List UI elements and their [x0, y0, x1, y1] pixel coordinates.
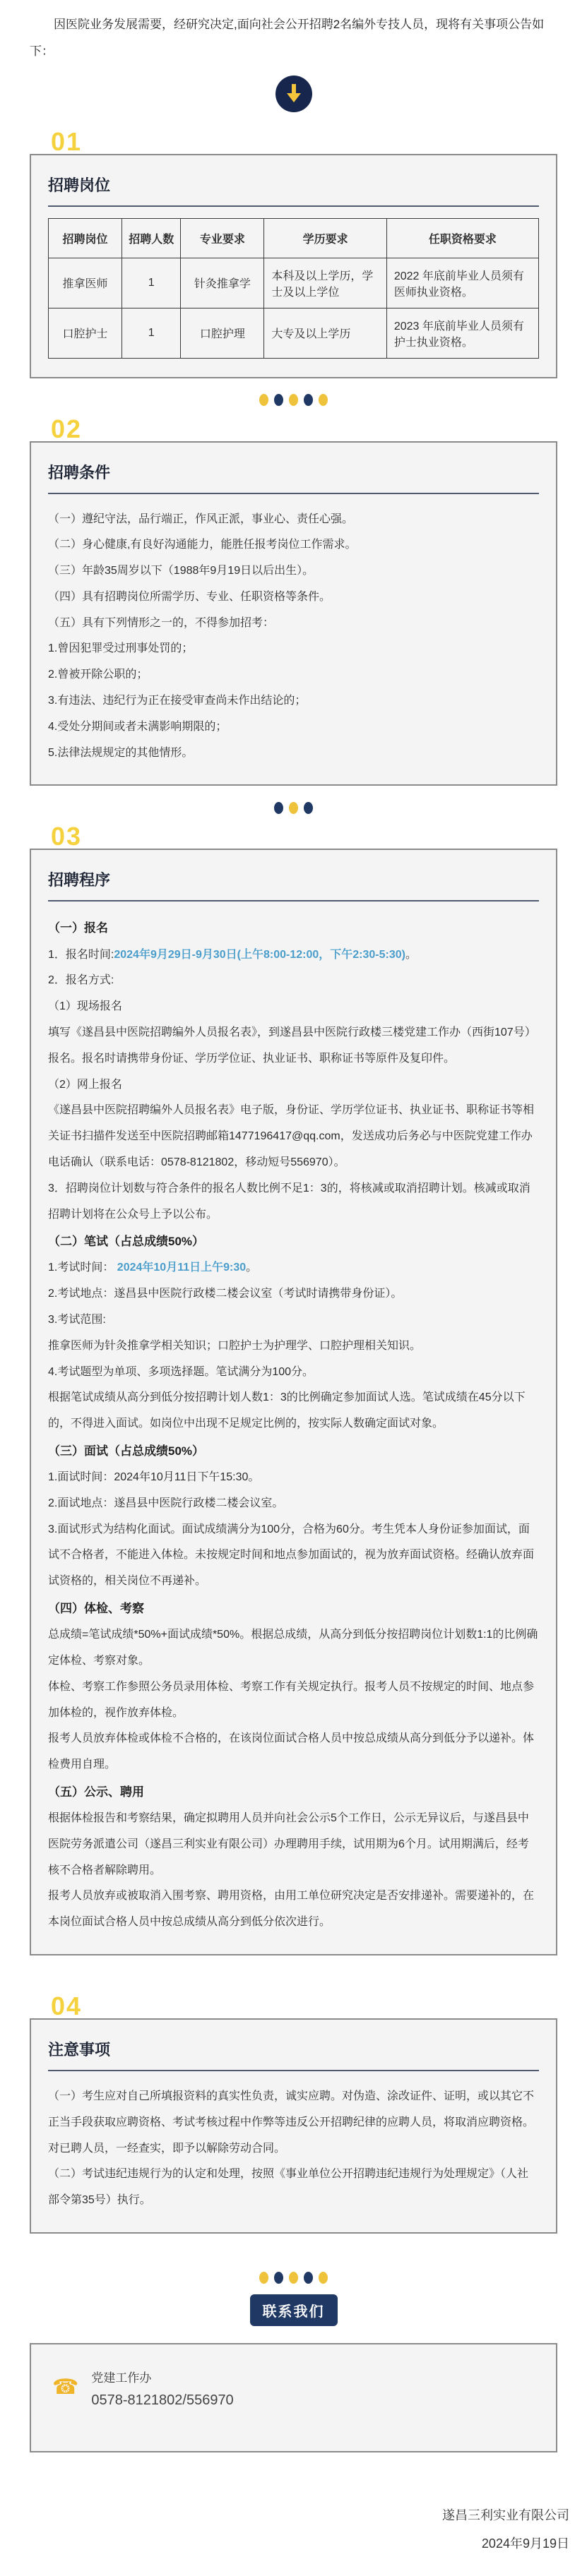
dot — [304, 2272, 313, 2284]
section-gap — [0, 1955, 587, 1994]
procedure-item: 3.面试形式为结构化面试。面试成绩满分为100分，合格为60分。考生凭本人身份证… — [48, 1517, 539, 1595]
cell-major-requirement: 针灸推拿学 — [181, 258, 264, 308]
procedure-item: 1．报名时间:2024年9月29日-9月30日(上午8:00-12:00，下午2… — [48, 942, 539, 969]
dot — [289, 2272, 298, 2284]
procedure-card: 招聘程序 （一）报名 1．报名时间:2024年9月29日-9月30日(上午8:0… — [30, 849, 557, 1955]
procedure-item: 1.面试时间：2024年10月11日下午15:30。 — [48, 1465, 539, 1491]
procedure-text: 2.面试地点：遂昌县中医院行政楼二楼会议室。 — [48, 1497, 283, 1509]
procedure-item: 4.考试题型为单项、多项选择题。笔试满分为100分。 — [48, 1360, 539, 1386]
procedure-text: 体检、考察工作参照公务员录用体检、考察工作有关规定执行。报考人员不按规定的时间、… — [48, 1681, 534, 1719]
procedure-item: 总成绩=笔试成绩*50%+面试成绩*50%。根据总成绩，从高分到低分按招聘岗位计… — [48, 1622, 539, 1675]
note-item: （一）考生应对自己所填报资料的真实性负责，诚实应聘。对伪造、涂改证件、证明，或以… — [48, 2084, 539, 2162]
procedure-item: 2.考试地点：遂昌县中医院行政楼二楼会议室（考试时请携带身份证）。 — [48, 1281, 539, 1307]
dot — [274, 802, 283, 814]
dots-divider — [0, 2272, 587, 2284]
table-header-cell: 学历要求 — [264, 218, 387, 258]
procedure-item: 1.考试时间： 2024年10月11日上午9:30。 — [48, 1255, 539, 1281]
condition-item: 3.有违法、违纪行为正在接受审查尚未作出结论的； — [48, 688, 539, 714]
procedure-text: 《遂昌县中医院招聘编外人员报名表》电子版，身份证、学历学位证书、执业证书、职称证… — [48, 1104, 534, 1168]
procedure-text: （1）现场报名 — [48, 1000, 122, 1012]
table-row: 推拿医师 1 针灸推拿学 本科及以上学历，学士及以上学位 2022 年底前毕业人… — [49, 258, 539, 308]
procedure-item: 2．报名方式: — [48, 968, 539, 994]
section-conditions: 02 招聘条件 （一）遵纪守法，品行端正，作风正派，事业心、责任心强。（二）身心… — [30, 417, 557, 786]
condition-item: 1.曾因犯罪受过刑事处罚的； — [48, 636, 539, 662]
procedure-item: 推拿医师为针灸推拿学相关知识；口腔护士为护理学、口腔护理相关知识。 — [48, 1334, 539, 1360]
dot — [274, 2272, 283, 2284]
scroll-hint — [0, 76, 587, 112]
conditions-title: 招聘条件 — [48, 458, 539, 494]
contact-phone: 0578-8121802/556970 — [91, 2389, 233, 2412]
contact-section-header: 联系我们 — [0, 2294, 587, 2326]
cell-education-requirement: 大专及以上学历 — [264, 308, 387, 358]
procedure-text: 4.考试题型为单项、多项选择题。笔试满分为100分。 — [48, 1366, 314, 1378]
procedure-text: 1．报名时间: — [48, 949, 114, 961]
procedure-item: （2）网上报名 — [48, 1072, 539, 1098]
procedure-text: 推拿医师为针灸推拿学相关知识；口腔护士为护理学、口腔护理相关知识。 — [48, 1340, 421, 1352]
cell-education-requirement: 本科及以上学历，学士及以上学位 — [264, 258, 387, 308]
procedure-item: 《遂昌县中医院招聘编外人员报名表》电子版，身份证、学历学位证书、执业证书、职称证… — [48, 1098, 539, 1175]
procedure-item: 填写《遂昌县中医院招聘编外人员报名表》，到遂昌县中医院行政楼三楼党建工作办（西街… — [48, 1020, 539, 1072]
footer-date: 2024年9月19日 — [0, 2530, 569, 2558]
dot — [259, 394, 268, 406]
procedure-item: 根据笔试成绩从高分到低分按招聘计划人数1：3的比例确定参加面试人选。笔试成绩在4… — [48, 1385, 539, 1437]
procedure-text: （二）笔试（占总成绩50%） — [48, 1235, 204, 1248]
procedure-item: 根据体检报告和考察结果，确定拟聘用人员并向社会公示5个工作日，公示无异议后，与遂… — [48, 1806, 539, 1883]
dot — [304, 802, 313, 814]
dots-divider — [0, 801, 587, 814]
procedure-item: 3．招聘岗位计划数与符合条件的报名人数比例不足1：3的，将核减或取消招聘计划。核… — [48, 1176, 539, 1228]
footer-company: 遂昌三利实业有限公司 — [0, 2502, 569, 2530]
note-item: （二）考试违纪违规行为的认定和处理，按照《事业单位公开招聘违纪违规行为处理规定》… — [48, 2162, 539, 2214]
intro-paragraph: 因医院业务发展需要，经研究决定,面向社会公开招聘2名编外专技人员，现将有关事项公… — [30, 11, 557, 66]
section-number-01: 01 — [51, 129, 82, 155]
highlighted-date: 2024年9月29日-9月30日(上午8:00-12:00，下午2:30-5:3… — [114, 949, 405, 961]
cell-qualification-requirement: 2022 年底前毕业人员须有医师执业资格。 — [386, 258, 538, 308]
footer: 遂昌三利实业有限公司 2024年9月19日 — [0, 2502, 569, 2558]
condition-item: 2.曾被开除公职的； — [48, 662, 539, 688]
section-notes: 04 注意事项 （一）考生应对自己所填报资料的真实性负责，诚实应聘。对伪造、涂改… — [30, 1994, 557, 2234]
contact-us-badge: 联系我们 — [250, 2294, 338, 2326]
condition-item: （二）身心健康,有良好沟通能力，能胜任报考岗位工作需求。 — [48, 532, 539, 558]
dot — [289, 394, 298, 406]
procedure-text: 总成绩=笔试成绩*50%+面试成绩*50%。根据总成绩，从高分到低分按招聘岗位计… — [48, 1629, 538, 1667]
procedure-item: （一）报名 — [48, 914, 539, 942]
section-number-02: 02 — [51, 417, 82, 442]
conditions-card: 招聘条件 （一）遵纪守法，品行端正，作风正派，事业心、责任心强。（二）身心健康,… — [30, 441, 557, 786]
procedure-text: （五）公示、聘用 — [48, 1785, 144, 1799]
cell-headcount: 1 — [122, 258, 181, 308]
procedure-item: （四）体检、考察 — [48, 1595, 539, 1622]
procedure-item: （三）面试（占总成绩50%） — [48, 1437, 539, 1465]
procedure-item: 报考人员放弃或被取消入围考察、聘用资格，由用工单位研究决定是否安排递补。需要递补… — [48, 1883, 539, 1936]
dot — [259, 2272, 268, 2284]
procedure-item: 报考人员放弃体检或体检不合格的，在该岗位面试合格人员中按总成绩从高分到低分予以递… — [48, 1726, 539, 1778]
procedure-text: 填写《遂昌县中医院招聘编外人员报名表》，到遂昌县中医院行政楼三楼党建工作办（西街… — [48, 1026, 536, 1065]
procedure-text: 根据体检报告和考察结果，确定拟聘用人员并向社会公示5个工作日，公示无异议后，与遂… — [48, 1812, 529, 1876]
contact-office: 党建工作办 — [91, 2368, 233, 2389]
dot — [304, 394, 313, 406]
procedure-item: 2.面试地点：遂昌县中医院行政楼二楼会议室。 — [48, 1491, 539, 1517]
section-positions: 01 招聘岗位 招聘岗位招聘人数专业要求学历要求任职资格要求 推拿医师 1 针灸… — [30, 129, 557, 378]
telephone-icon: ☎ — [52, 2377, 78, 2398]
cell-position: 口腔护士 — [49, 308, 122, 358]
notes-title: 注意事项 — [48, 2035, 539, 2071]
procedure-text: 2．报名方式: — [48, 974, 114, 986]
cell-major-requirement: 口腔护理 — [181, 308, 264, 358]
procedure-text: 报考人员放弃体检或体检不合格的，在该岗位面试合格人员中按总成绩从高分到低分予以递… — [48, 1732, 534, 1771]
procedure-item: 3.考试范围: — [48, 1307, 539, 1334]
condition-item: （四）具有招聘岗位所需学历、专业、任职资格等条件。 — [48, 585, 539, 611]
procedure-text: 3.考试范围: — [48, 1314, 106, 1326]
procedure-text: （一）报名 — [48, 921, 108, 935]
dot — [319, 2272, 328, 2284]
down-arrow-icon — [275, 76, 312, 112]
procedure-text: 3．招聘岗位计划数与符合条件的报名人数比例不足1：3的，将核减或取消招聘计划。核… — [48, 1182, 530, 1221]
positions-table: 招聘岗位招聘人数专业要求学历要求任职资格要求 推拿医师 1 针灸推拿学 本科及以… — [48, 218, 539, 359]
procedure-text: 报考人员放弃或被取消入围考察、聘用资格，由用工单位研究决定是否安排递补。需要递补… — [48, 1890, 534, 1928]
procedure-text: 根据笔试成绩从高分到低分按招聘计划人数1：3的比例确定参加面试人选。笔试成绩在4… — [48, 1391, 526, 1430]
cell-position: 推拿医师 — [49, 258, 122, 308]
condition-item: （五）具有下列情形之一的，不得参加招考： — [48, 611, 539, 637]
dot — [319, 394, 328, 406]
table-header-cell: 招聘岗位 — [49, 218, 122, 258]
procedure-item: 体检、考察工作参照公务员录用体检、考察工作有关规定执行。报考人员不按规定的时间、… — [48, 1675, 539, 1727]
procedure-text: （2）网上报名 — [48, 1079, 122, 1091]
highlighted-date: 2024年10月11日上午9:30 — [117, 1262, 246, 1274]
cell-qualification-requirement: 2023 年底前毕业人员须有护士执业资格。 — [386, 308, 538, 358]
procedure-item: （二）笔试（占总成绩50%） — [48, 1228, 539, 1255]
procedure-item: （五）公示、聘用 — [48, 1778, 539, 1806]
procedure-text: 3.面试形式为结构化面试。面试成绩满分为100分，合格为60分。考生凭本人身份证… — [48, 1523, 534, 1588]
procedure-title: 招聘程序 — [48, 865, 539, 901]
notes-card: 注意事项 （一）考生应对自己所填报资料的真实性负责，诚实应聘。对伪造、涂改证件、… — [30, 2018, 557, 2234]
dot — [289, 802, 298, 814]
condition-item: 4.受处分期间或者未满影响期限的； — [48, 714, 539, 741]
table-header-cell: 任职资格要求 — [386, 218, 538, 258]
procedure-text: 2.考试地点：遂昌县中医院行政楼二楼会议室（考试时请携带身份证）。 — [48, 1288, 402, 1300]
condition-item: 5.法律法规规定的其他情形。 — [48, 741, 539, 767]
procedure-suffix: 。 — [246, 1262, 257, 1274]
cell-headcount: 1 — [122, 308, 181, 358]
section-procedure: 03 招聘程序 （一）报名 1．报名时间:2024年9月29日-9月30日(上午… — [30, 824, 557, 1955]
positions-title: 招聘岗位 — [48, 171, 539, 207]
condition-item: （一）遵纪守法，品行端正，作风正派，事业心、责任心强。 — [48, 507, 539, 533]
procedure-text: （三）面试（占总成绩50%） — [48, 1444, 204, 1458]
procedure-text: 1.面试时间：2024年10月11日下午15:30。 — [48, 1471, 259, 1483]
procedure-text: （四）体检、考察 — [48, 1602, 144, 1615]
contact-info: 党建工作办 0578-8121802/556970 — [91, 2368, 233, 2412]
contact-card: ☎ 党建工作办 0578-8121802/556970 — [30, 2343, 557, 2452]
condition-item: （三）年龄35周岁以下（1988年9月19日以后出生）。 — [48, 558, 539, 585]
section-number-04: 04 — [51, 1994, 82, 2019]
table-header-cell: 专业要求 — [181, 218, 264, 258]
section-number-03: 03 — [51, 824, 82, 849]
table-row: 口腔护士 1 口腔护理 大专及以上学历 2023 年底前毕业人员须有护士执业资格… — [49, 308, 539, 358]
table-header-cell: 招聘人数 — [122, 218, 181, 258]
positions-card: 招聘岗位 招聘岗位招聘人数专业要求学历要求任职资格要求 推拿医师 1 针灸推拿学… — [30, 154, 557, 378]
table-header-row: 招聘岗位招聘人数专业要求学历要求任职资格要求 — [49, 218, 539, 258]
procedure-item: （1）现场报名 — [48, 994, 539, 1020]
dot — [274, 394, 283, 406]
dots-divider — [0, 394, 587, 407]
procedure-text: 1.考试时间： — [48, 1262, 117, 1274]
procedure-suffix: 。 — [405, 949, 417, 961]
